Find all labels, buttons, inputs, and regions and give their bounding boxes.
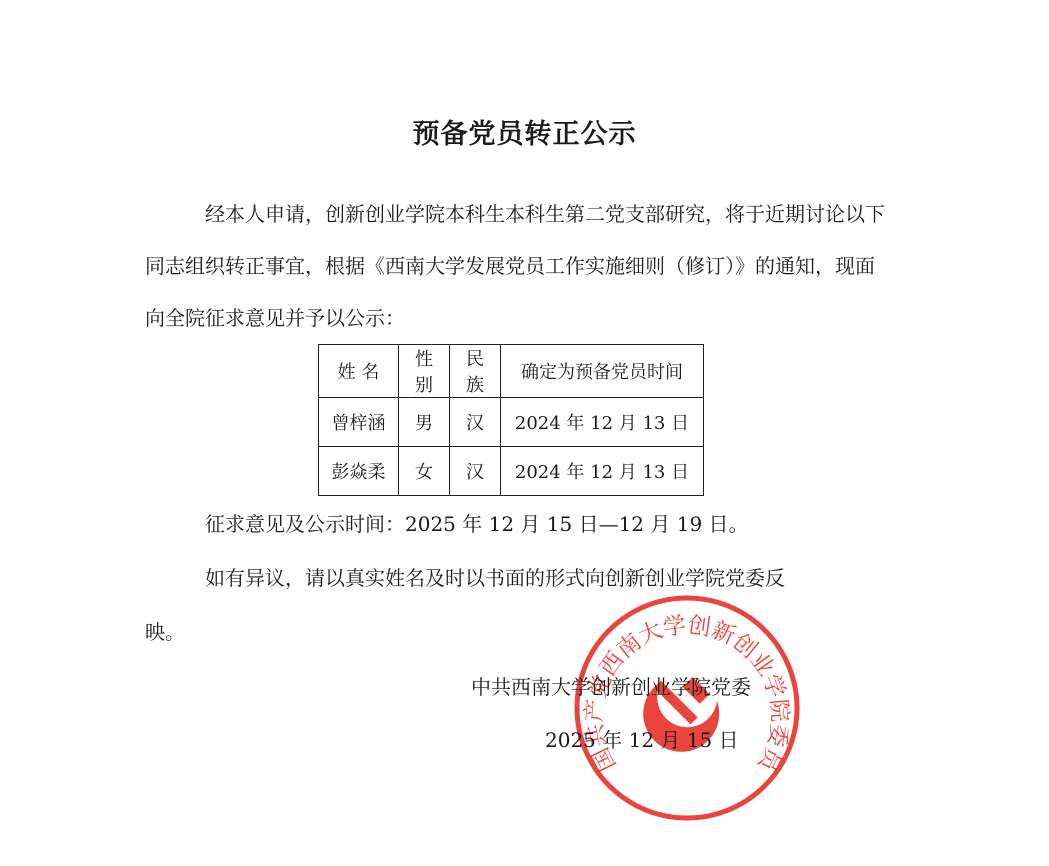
cell-name: 彭焱柔 — [319, 447, 399, 496]
cell-ethnicity: 汉 — [450, 447, 501, 496]
intro-paragraph: 经本人申请，创新创业学院本科生本科生第二党支部研究，将于近期讨论以下同志组织转正… — [145, 188, 890, 344]
table-header-row: 姓 名 性别 民族 确定为预备党员时间 — [319, 345, 704, 398]
objection-paragraph: 如有异议，请以真实姓名及时以书面的形式向创新创业学院党委反 — [205, 562, 785, 591]
publicity-period: 征求意见及公示时间：2025 年 12 月 15 日—12 月 19 日。 — [205, 508, 749, 537]
member-table: 姓 名 性别 民族 确定为预备党员时间 曾梓涵 男 汉 2024 年 12 月 … — [318, 344, 704, 496]
header-gender: 性别 — [399, 345, 450, 398]
cell-date: 2024 年 12 月 13 日 — [501, 447, 704, 496]
issuing-organization: 中共西南大学创新创业学院党委 — [471, 671, 751, 700]
table-row: 曾梓涵 男 汉 2024 年 12 月 13 日 — [319, 398, 704, 447]
cell-name: 曾梓涵 — [319, 398, 399, 447]
issue-date: 2025 年 12 月 15 日 — [545, 724, 739, 753]
cell-date: 2024 年 12 月 13 日 — [501, 398, 704, 447]
header-name: 姓 名 — [319, 345, 399, 398]
cell-gender: 男 — [399, 398, 450, 447]
party-seal-icon: 中国共产党西南大学创新创业学院委员会 — [572, 593, 802, 823]
cell-ethnicity: 汉 — [450, 398, 501, 447]
document-title: 预备党员转正公示 — [0, 112, 1049, 151]
objection-paragraph-end: 映。 — [145, 616, 185, 645]
table-row: 彭焱柔 女 汉 2024 年 12 月 13 日 — [319, 447, 704, 496]
cell-gender: 女 — [399, 447, 450, 496]
header-date: 确定为预备党员时间 — [501, 345, 704, 398]
header-ethnicity: 民族 — [450, 345, 501, 398]
